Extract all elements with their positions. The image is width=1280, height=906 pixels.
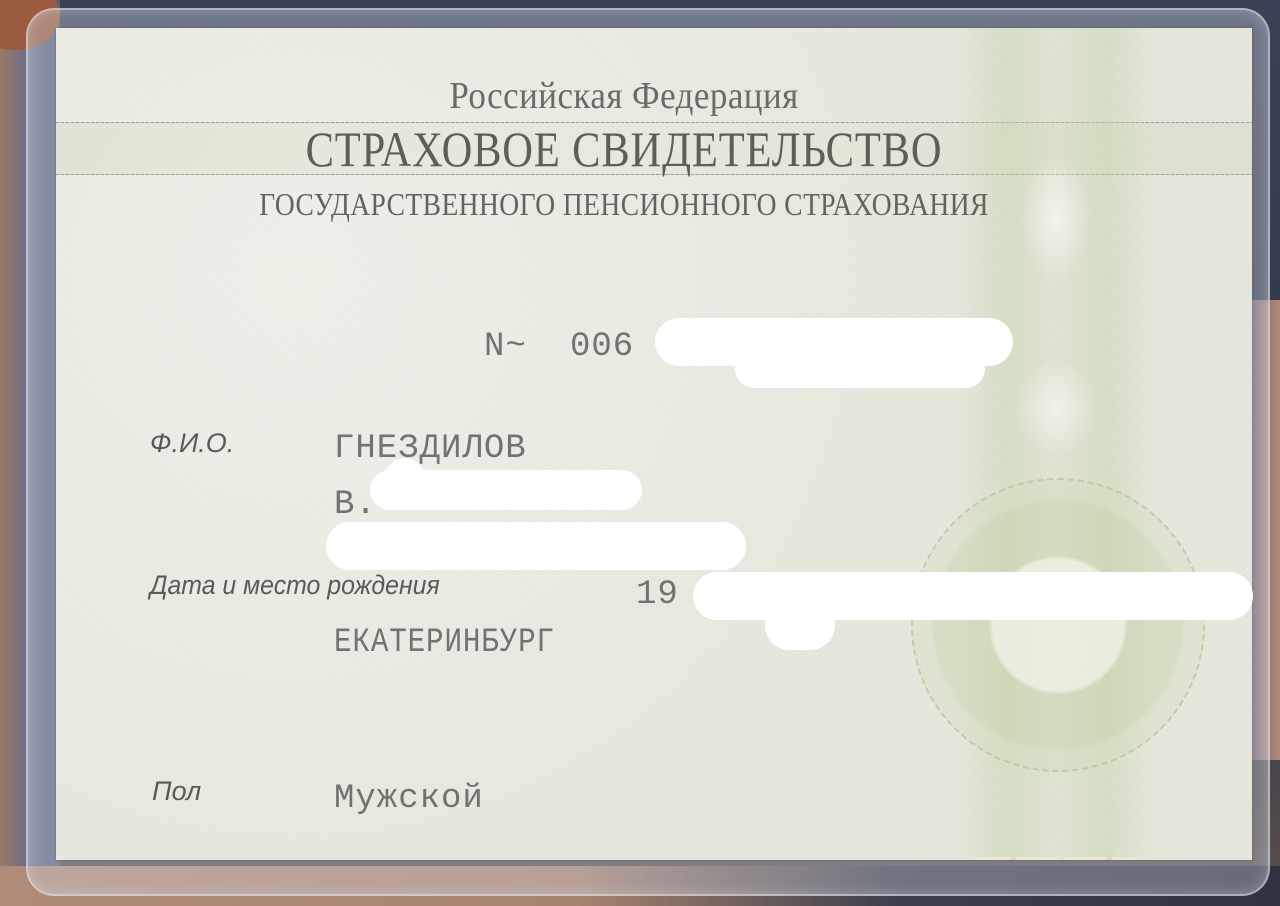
- redaction-patronymic: [326, 522, 746, 570]
- document-title: СТРАХОВОЕ СВИДЕТЕЛЬСТВО: [141, 120, 1107, 178]
- certificate-number: 006: [570, 328, 634, 366]
- sex-label: Пол: [152, 776, 201, 807]
- number-prefix: N~: [484, 328, 527, 366]
- birth-label: Дата и место рождения: [150, 570, 440, 601]
- country-title: Российская Федерация: [101, 74, 1146, 118]
- fio-label: Ф.И.О.: [150, 428, 234, 459]
- redaction-birth-date-drip: [765, 600, 835, 650]
- rosette-ornament-icon: [911, 478, 1205, 772]
- insurance-certificate-card: Российская Федерация СТРАХОВОЕ СВИДЕТЕЛЬ…: [56, 28, 1252, 860]
- redaction-name-start: [385, 458, 425, 498]
- fio-surname: ГНЕЗДИЛОВ: [334, 430, 527, 468]
- sex-value: Мужской: [334, 780, 484, 818]
- birth-place: ЕКАТЕРИНБУРГ: [334, 624, 555, 662]
- document-subtitle: ГОСУДАРСТВЕННОГО ПЕНСИОННОГО СТРАХОВАНИЯ: [136, 186, 1113, 223]
- birth-date: 19: [636, 576, 679, 614]
- card-perforated-edge: [56, 857, 1252, 860]
- redaction-number-tail: [735, 350, 985, 388]
